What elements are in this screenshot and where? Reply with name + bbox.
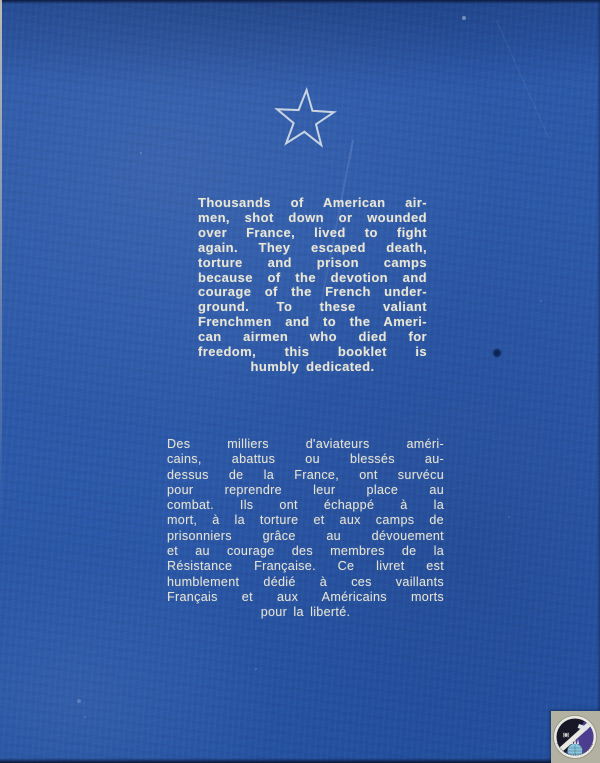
dedication-line: again. They escaped death,	[198, 241, 427, 256]
dedication-line: mort, à la torture et aux camps de	[167, 513, 444, 528]
dedication-line: pour reprendre leur place au	[167, 483, 444, 498]
dedication-line: courage of the French under-	[198, 285, 427, 300]
scan-edge-left	[0, 0, 2, 520]
scratch-mark	[496, 19, 550, 138]
dedication-line: over France, lived to fight	[198, 226, 427, 241]
scan-edge-top	[0, 0, 600, 4]
dedication-line: can airmen who died for	[198, 330, 427, 345]
dedication-line: dessus de la France, ont survécu	[167, 468, 444, 483]
dedication-line: men, shot down or wounded	[198, 211, 427, 226]
dedication-line: torture and prison camps	[198, 256, 427, 271]
dedication-line: combat. Ils ont échappé à la	[167, 498, 444, 513]
dedication-line: freedom, this booklet is	[198, 345, 427, 360]
scanned-page: Thousands of American air-men, shot down…	[0, 0, 600, 763]
dedication-line: because of the devotion and	[198, 271, 427, 286]
dedication-line: et au courage des membres de la	[167, 544, 444, 559]
dedication-line: pour la liberté.	[167, 605, 444, 620]
squadron-patch-icon	[551, 711, 600, 763]
scan-edge-bottom	[0, 758, 600, 763]
dedication-line: humblement dédié à ces vaillants	[167, 575, 444, 590]
dedication-line: cains, abattus ou blessés au-	[167, 452, 444, 467]
dedication-line: prisonniers grâce au dévouement	[167, 529, 444, 544]
dedication-english: Thousands of American air-men, shot down…	[198, 196, 427, 375]
dedication-line: humbly dedicated.	[198, 360, 427, 375]
dedication-line: ground. To these valiant	[198, 300, 427, 315]
ink-spot	[492, 348, 502, 358]
dedication-line: Français et aux Américains morts	[167, 590, 444, 605]
dedication-line: Résistance Française. Ce livret est	[167, 559, 444, 574]
dedication-french: Des milliers d'aviateurs améri-cains, ab…	[167, 437, 444, 621]
dedication-line: Des milliers d'aviateurs améri-	[167, 437, 444, 452]
star-icon	[270, 85, 339, 154]
dedication-line: Thousands of American air-	[198, 196, 427, 211]
dedication-line: Frenchmen and to the Ameri-	[198, 315, 427, 330]
